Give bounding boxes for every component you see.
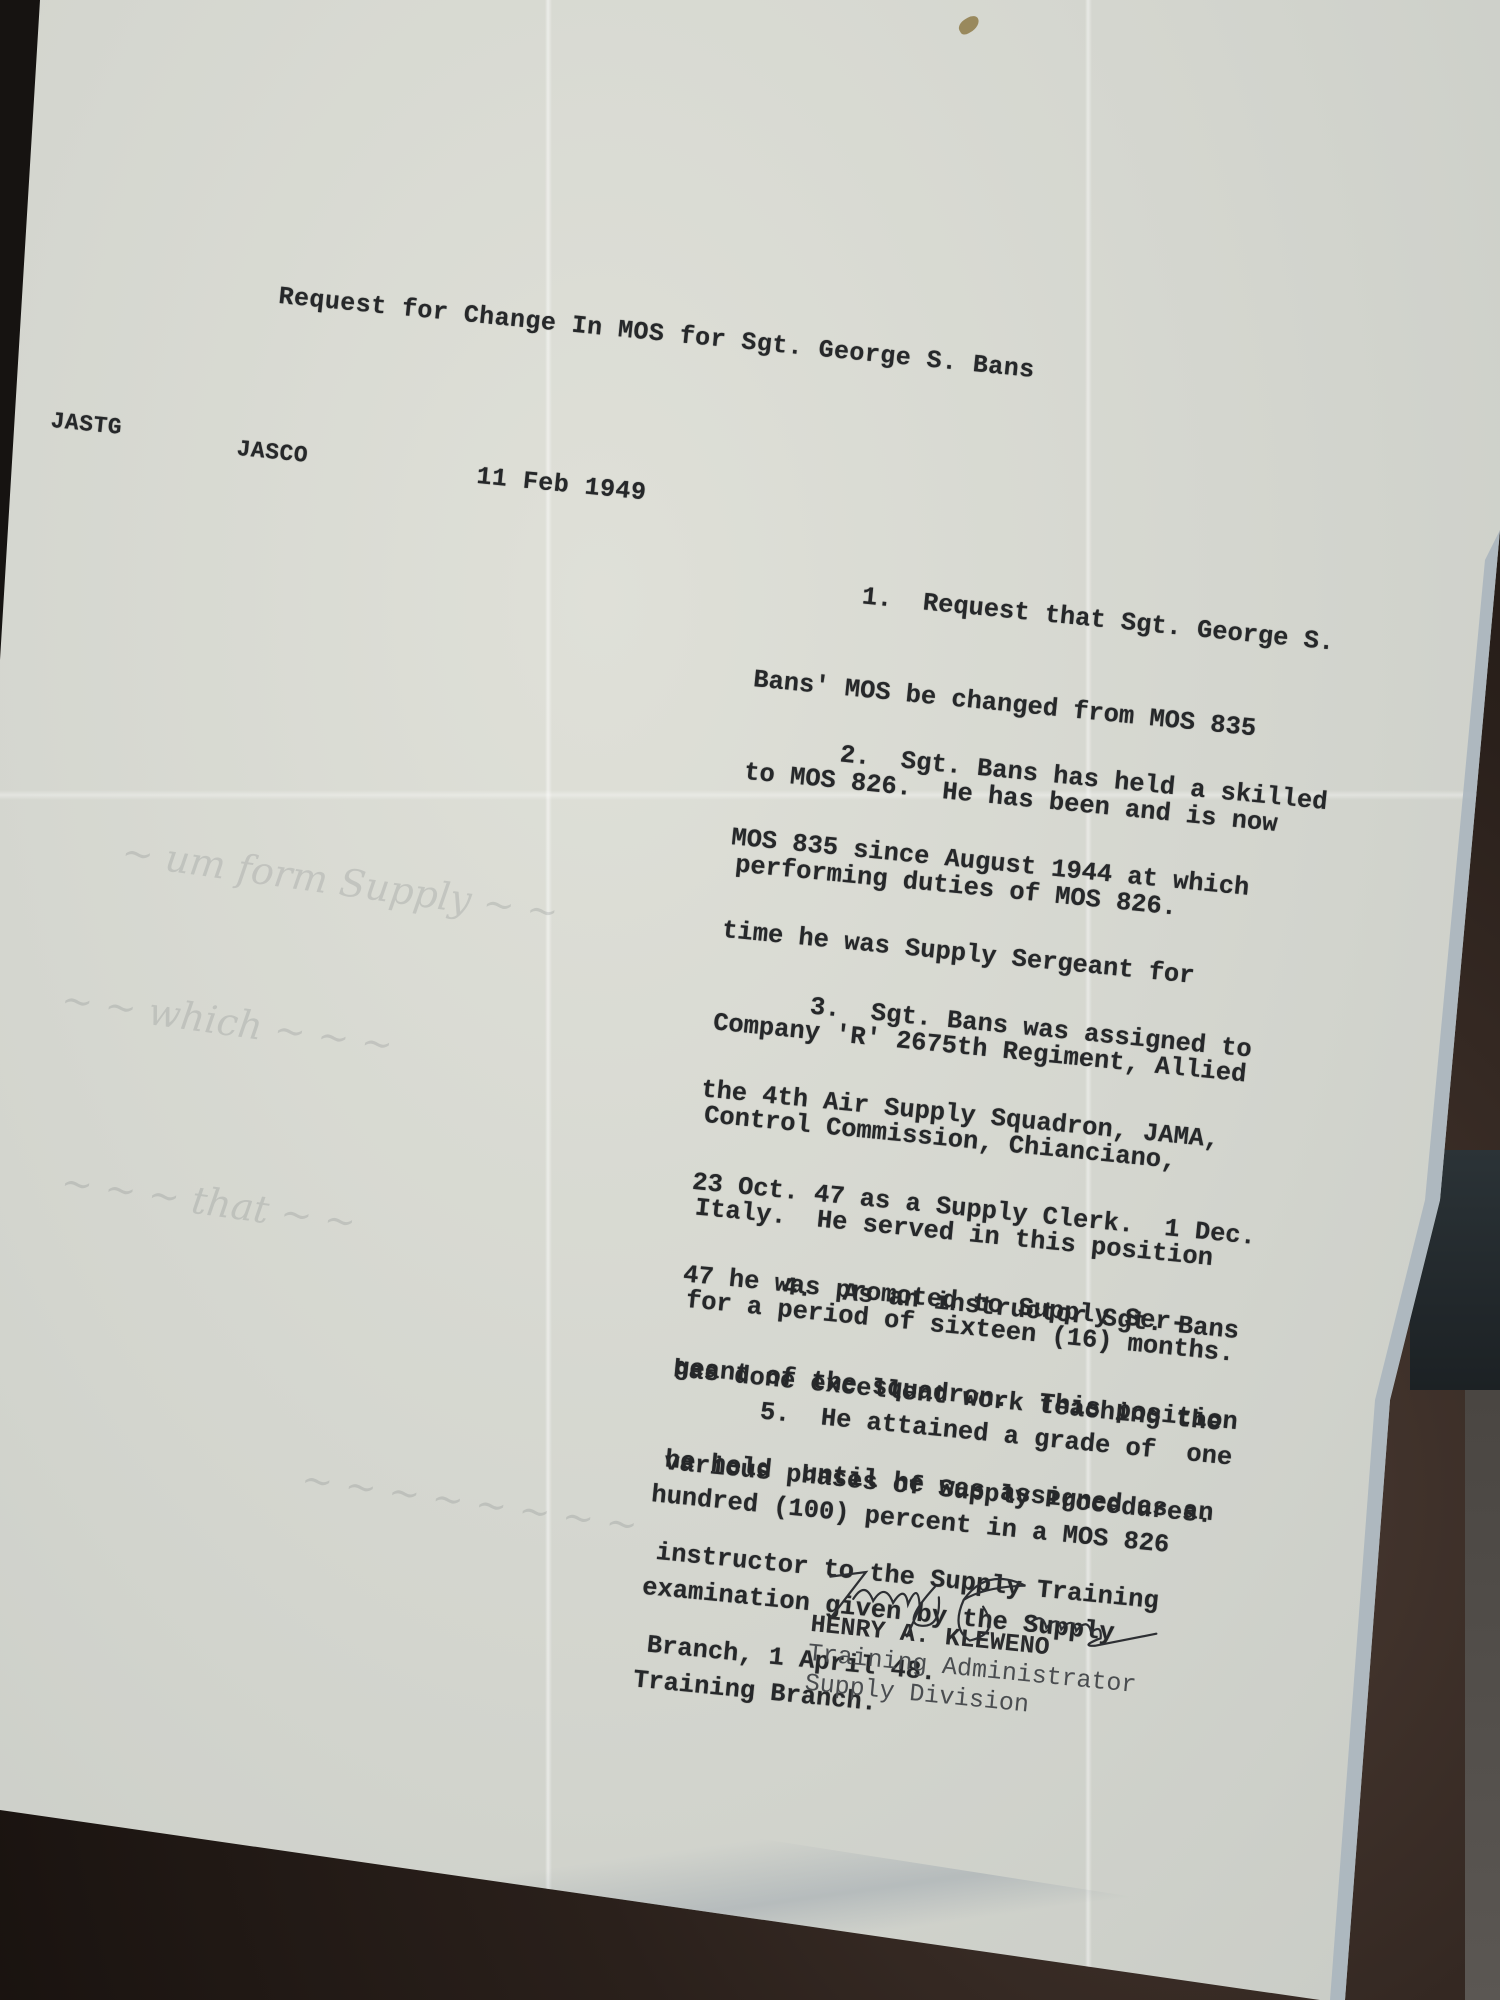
document-content: Request for Change In MOS for Sgt. Georg…: [0, 0, 1500, 2000]
routing-from: JASTG: [49, 408, 123, 441]
document-title: Request for Change In MOS for Sgt. Georg…: [277, 282, 1036, 385]
document-date: 11 Feb 1949: [475, 462, 648, 508]
paragraph-line: MOS 835 since August 1944 at which: [730, 822, 1320, 910]
paragraph-line: 3. Sgt. Bans was assigned to: [709, 982, 1276, 1068]
routing-to: JASCO: [235, 436, 309, 469]
paragraph-line: 2. Sgt. Bans has held a skilled: [739, 730, 1329, 818]
paragraph-line: hundred (100) percent in a MOS 826: [650, 1479, 1225, 1566]
paragraph-line: 5. He attained a grade of one: [659, 1387, 1234, 1474]
paragraph-line: the 4th Air Supply Squadron, JAMA,: [700, 1074, 1267, 1160]
paragraph-line: 1. Request that Sgt. George S.: [761, 572, 1336, 659]
